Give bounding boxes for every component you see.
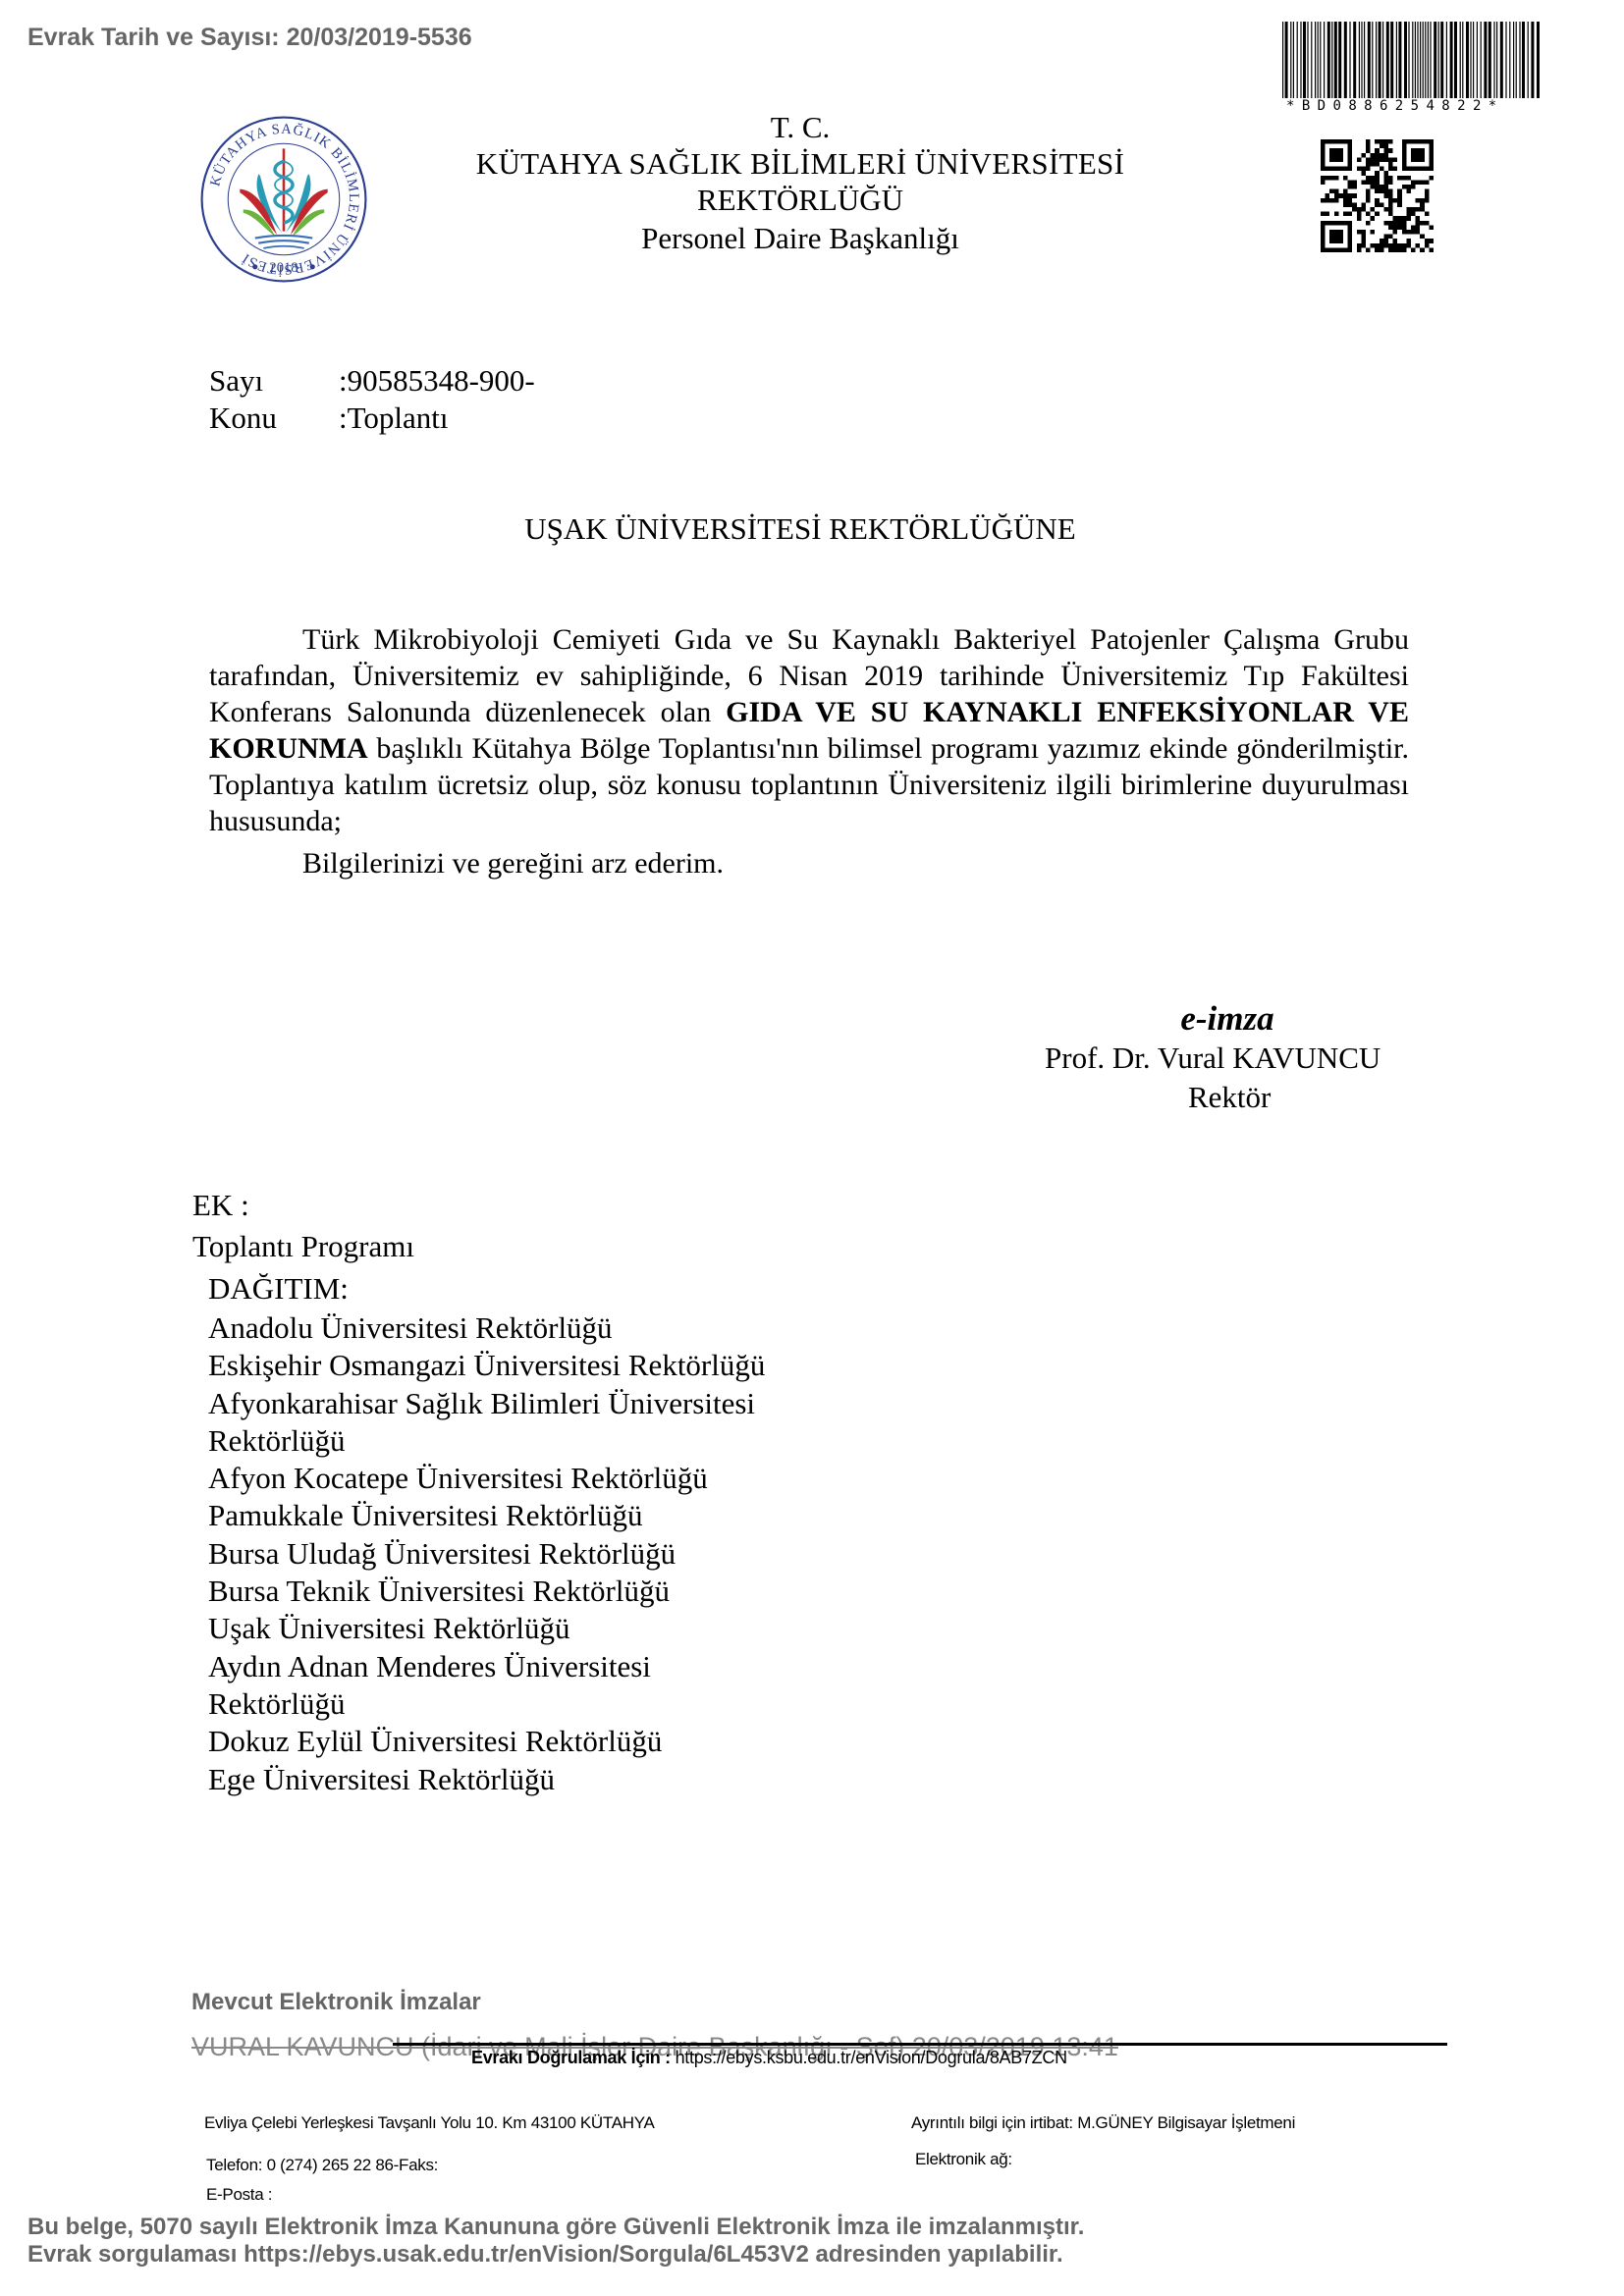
header-university: KÜTAHYA SAĞLIK BİLİMLERİ ÜNİVERSİTESİ — [324, 147, 1276, 181]
footer-network: Elektronik ağ: — [915, 2150, 1012, 2169]
distribution-item: Rektörlüğü — [208, 1422, 765, 1460]
distribution-title: DAĞITIM: — [208, 1271, 349, 1307]
distribution-item: Bursa Uludağ Üniversitesi Rektörlüğü — [208, 1535, 765, 1573]
footer-contact: Ayrıntılı bilgi için irtibat: M.GÜNEY Bi… — [911, 2113, 1295, 2133]
distribution-list: Anadolu Üniversitesi Rektörlüğü Eskişehi… — [208, 1309, 765, 1798]
distribution-item: Ege Üniversitesi Rektörlüğü — [208, 1761, 765, 1798]
legal-notice-line-2[interactable]: Evrak sorgulaması https://ebys.usak.edu.… — [27, 2241, 1063, 2269]
electronic-signatures-heading: Mevcut Elektronik İmzalar — [191, 1989, 481, 2016]
footer-email: E-Posta : — [206, 2185, 272, 2205]
distribution-item: Uşak Üniversitesi Rektörlüğü — [208, 1610, 765, 1647]
qr-code-icon[interactable] — [1321, 137, 1434, 254]
attachments-label: EK : — [192, 1188, 249, 1223]
distribution-item: Rektörlüğü — [208, 1685, 765, 1723]
verification-link[interactable]: https://ebys.ksbu.edu.tr/enVision/Dogrul… — [671, 2048, 1067, 2067]
recipient: UŞAK ÜNİVERSİTESİ REKTÖRLÜĞÜNE — [324, 511, 1276, 547]
header-rectorate: REKTÖRLÜĞÜ — [324, 184, 1276, 217]
body-text-part2: başlıklı Kütahya Bölge Toplantısı'nın bi… — [209, 732, 1409, 837]
barcode-icon — [1282, 22, 1542, 98]
signer-title: Rektör — [1188, 1080, 1271, 1115]
verification-label: Evrakı Doğrulamak İçin : — [471, 2048, 671, 2067]
distribution-item: Afyon Kocatepe Üniversitesi Rektörlüğü — [208, 1460, 765, 1497]
distribution-item: Aydın Adnan Menderes Üniversitesi — [208, 1648, 765, 1685]
closing-line: Bilgilerinizi ve gereğini arz ederim. — [302, 847, 724, 881]
distribution-item: Dokuz Eylül Üniversitesi Rektörlüğü — [208, 1723, 765, 1760]
document-date-number-stamp: Evrak Tarih ve Sayısı: 20/03/2019-5536 — [27, 24, 472, 52]
verification-line: Evrakı Doğrulamak İçin : https://ebys.ks… — [471, 2048, 1067, 2068]
signer-name: Prof. Dr. Vural KAVUNCU — [1045, 1041, 1380, 1076]
subject-value: :Toplantı — [339, 400, 448, 436]
number-value: :90585348-900- — [339, 363, 535, 399]
e-signature-mark: e-imza — [1139, 999, 1316, 1039]
header-tc: T. C. — [324, 111, 1276, 144]
header-department: Personel Daire Başkanlığı — [324, 222, 1276, 255]
letter-body: Türk Mikrobiyoloji Cemiyeti Gıda ve Su K… — [209, 621, 1409, 839]
legal-notice-line-1: Bu belge, 5070 sayılı Elektronik İmza Ka… — [27, 2214, 1084, 2241]
footer-divider — [393, 2043, 1447, 2046]
barcode-text: *BD0886254822* — [1286, 98, 1543, 114]
subject-label: Konu — [209, 400, 277, 436]
logo-year: 2018 — [269, 260, 298, 276]
distribution-item: Eskişehir Osmangazi Üniversitesi Rektörl… — [208, 1347, 765, 1384]
distribution-item: Pamukkale Üniversitesi Rektörlüğü — [208, 1497, 765, 1534]
distribution-item: Bursa Teknik Üniversitesi Rektörlüğü — [208, 1573, 765, 1610]
footer-phone: Telefon: 0 (274) 265 22 86-Faks: — [206, 2156, 438, 2175]
distribution-item: Anadolu Üniversitesi Rektörlüğü — [208, 1309, 765, 1347]
footer-address: Evliya Çelebi Yerleşkesi Tavşanlı Yolu 1… — [204, 2113, 655, 2133]
distribution-item: Afyonkarahisar Sağlık Bilimleri Üniversi… — [208, 1385, 765, 1422]
number-label: Sayı — [209, 363, 263, 399]
attachment-item: Toplantı Programı — [192, 1229, 414, 1264]
